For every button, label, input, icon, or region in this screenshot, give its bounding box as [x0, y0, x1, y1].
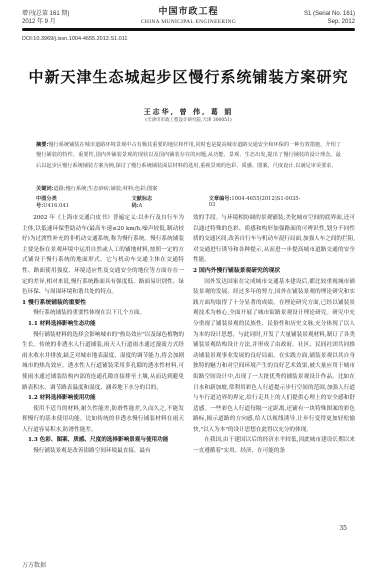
classification: 中图分类号:U416.041 文献标志码:A 文章编号:1004-4655(20… — [36, 195, 341, 209]
affiliation: (天津市市政工程设计研究院,天津 300051) — [0, 117, 377, 123]
paper-title: 中新天津生态城起步区慢行系统铺装方案研究 — [0, 66, 377, 87]
intro-paragraph: 2002 年《上海市交通白皮书》普遍定义:以步行及自行车为主体,以低速环保型助动… — [22, 213, 184, 298]
subsection-1-2-heading: 1.2 材料选择影响使用功能 — [22, 393, 184, 404]
serial-date: Sep. 2012 — [304, 18, 355, 26]
article-number: 文章编号:1004-4655(2012)S1-0035-03 — [209, 195, 313, 209]
section-2-paragraph-1: 国外发达国家在完成城市交通基本建设后,都比较重视城市铺装景观的发展。经过多年的努… — [193, 277, 355, 436]
clc: 中图分类号:U416.041 — [36, 195, 103, 209]
section-1-heading: 1 慢行系统铺装的重要性 — [22, 298, 184, 309]
serial-info: S1 (Serial No. 161) Sep. 2012 — [304, 10, 355, 26]
left-column: 2002 年《上海市交通白皮书》普遍定义:以步行及自行车为主体,以低速环保型助动… — [22, 213, 184, 457]
subsection-1-1-heading: 1.1 材料选择影响生态功能 — [22, 319, 184, 330]
abstract-text: 慢行系统铺装在城市道路环境景观中占有极其重要的地位和作用,同时也是提高城市道路交… — [36, 142, 341, 169]
subsection-1-3-heading: 1.3 色彩、图案、质感、尺度的选择影响景观与使用功能 — [22, 435, 184, 446]
doi: DOI:10.3969/j.issn.1004-4655.2012.S1.011 — [22, 36, 127, 42]
section-1-text: 慢行系统铺装的重要性体现在以下几个方面。 — [22, 308, 184, 319]
abstract: 摘要:慢行系统铺装在城市道路环境景观中占有极其重要的地位和作用,同时也是提高城市… — [36, 140, 341, 171]
watermark: 万方数据 — [22, 560, 46, 569]
keywords-label: 关键词: — [36, 186, 53, 192]
serial-number: S1 (Serial No. 161) — [304, 10, 355, 18]
header-rule — [22, 28, 355, 31]
keywords-text: 道路;慢行系统;生态砂砖;铺装;材料;色彩;图案 — [53, 186, 157, 192]
subsection-1-2-text: 使用不适当的材料,耐久性能差,防滑性能差,久而久之,不能发挥慢行的基本使用功能。… — [22, 404, 184, 436]
page-number: 35 — [339, 525, 347, 532]
section-2-paragraph-2: 在我国,由于建国以后的经济水平较低,因此城市建设长期以来一直遵循着"实用、经济、… — [193, 435, 355, 456]
doc-code: 文献标志码:A — [131, 195, 180, 209]
keywords: 关键词:道路;慢行系统;生态砂砖;铺装;材料;色彩;图案 — [36, 185, 341, 192]
abstract-label: 摘要: — [36, 142, 48, 148]
section-2-heading: 2 国内外慢行铺装景观研究的现状 — [193, 266, 355, 277]
continued-paragraph: 效的手段。与环境相协调的景观铺装,美化城市空间的底界面,还可以通过特殊的色彩、质… — [193, 213, 355, 266]
subsection-1-3-text: 慢行铺装景观是改善街路空间环境最直接、最有 — [22, 446, 184, 457]
right-column: 效的手段。与环境相协调的景观铺装,美化城市空间的底界面,还可以通过特殊的色彩、质… — [193, 213, 355, 457]
subsection-1-1-text: 慢行铺装材料的选择会影响城市的"热岛效应"以及绿色植物的生长。传统的非透水人行道… — [22, 330, 184, 394]
authors: 王志华, 曾 伟, 葛 娟 — [0, 107, 377, 117]
